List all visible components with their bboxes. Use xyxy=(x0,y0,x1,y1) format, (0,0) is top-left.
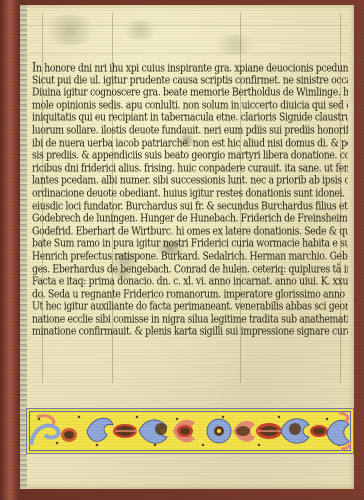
charter-facsimile: In honore dni nri ihu xpi cuius inspiran… xyxy=(20,5,354,489)
ink-stain xyxy=(210,35,260,55)
acanthus-ornament-icon xyxy=(27,409,353,453)
ink-stain xyxy=(120,20,160,40)
charter-text: In honore dni nri ihu xpi cuius inspiran… xyxy=(32,62,348,339)
charter-line: minatione confirmauit. & plenis karta si… xyxy=(32,326,348,340)
ink-stain xyxy=(40,15,100,45)
book-cover: In honore dni nri ihu xpi cuius inspiran… xyxy=(0,0,364,500)
ruling-line xyxy=(28,53,348,54)
illuminated-border xyxy=(26,408,354,454)
